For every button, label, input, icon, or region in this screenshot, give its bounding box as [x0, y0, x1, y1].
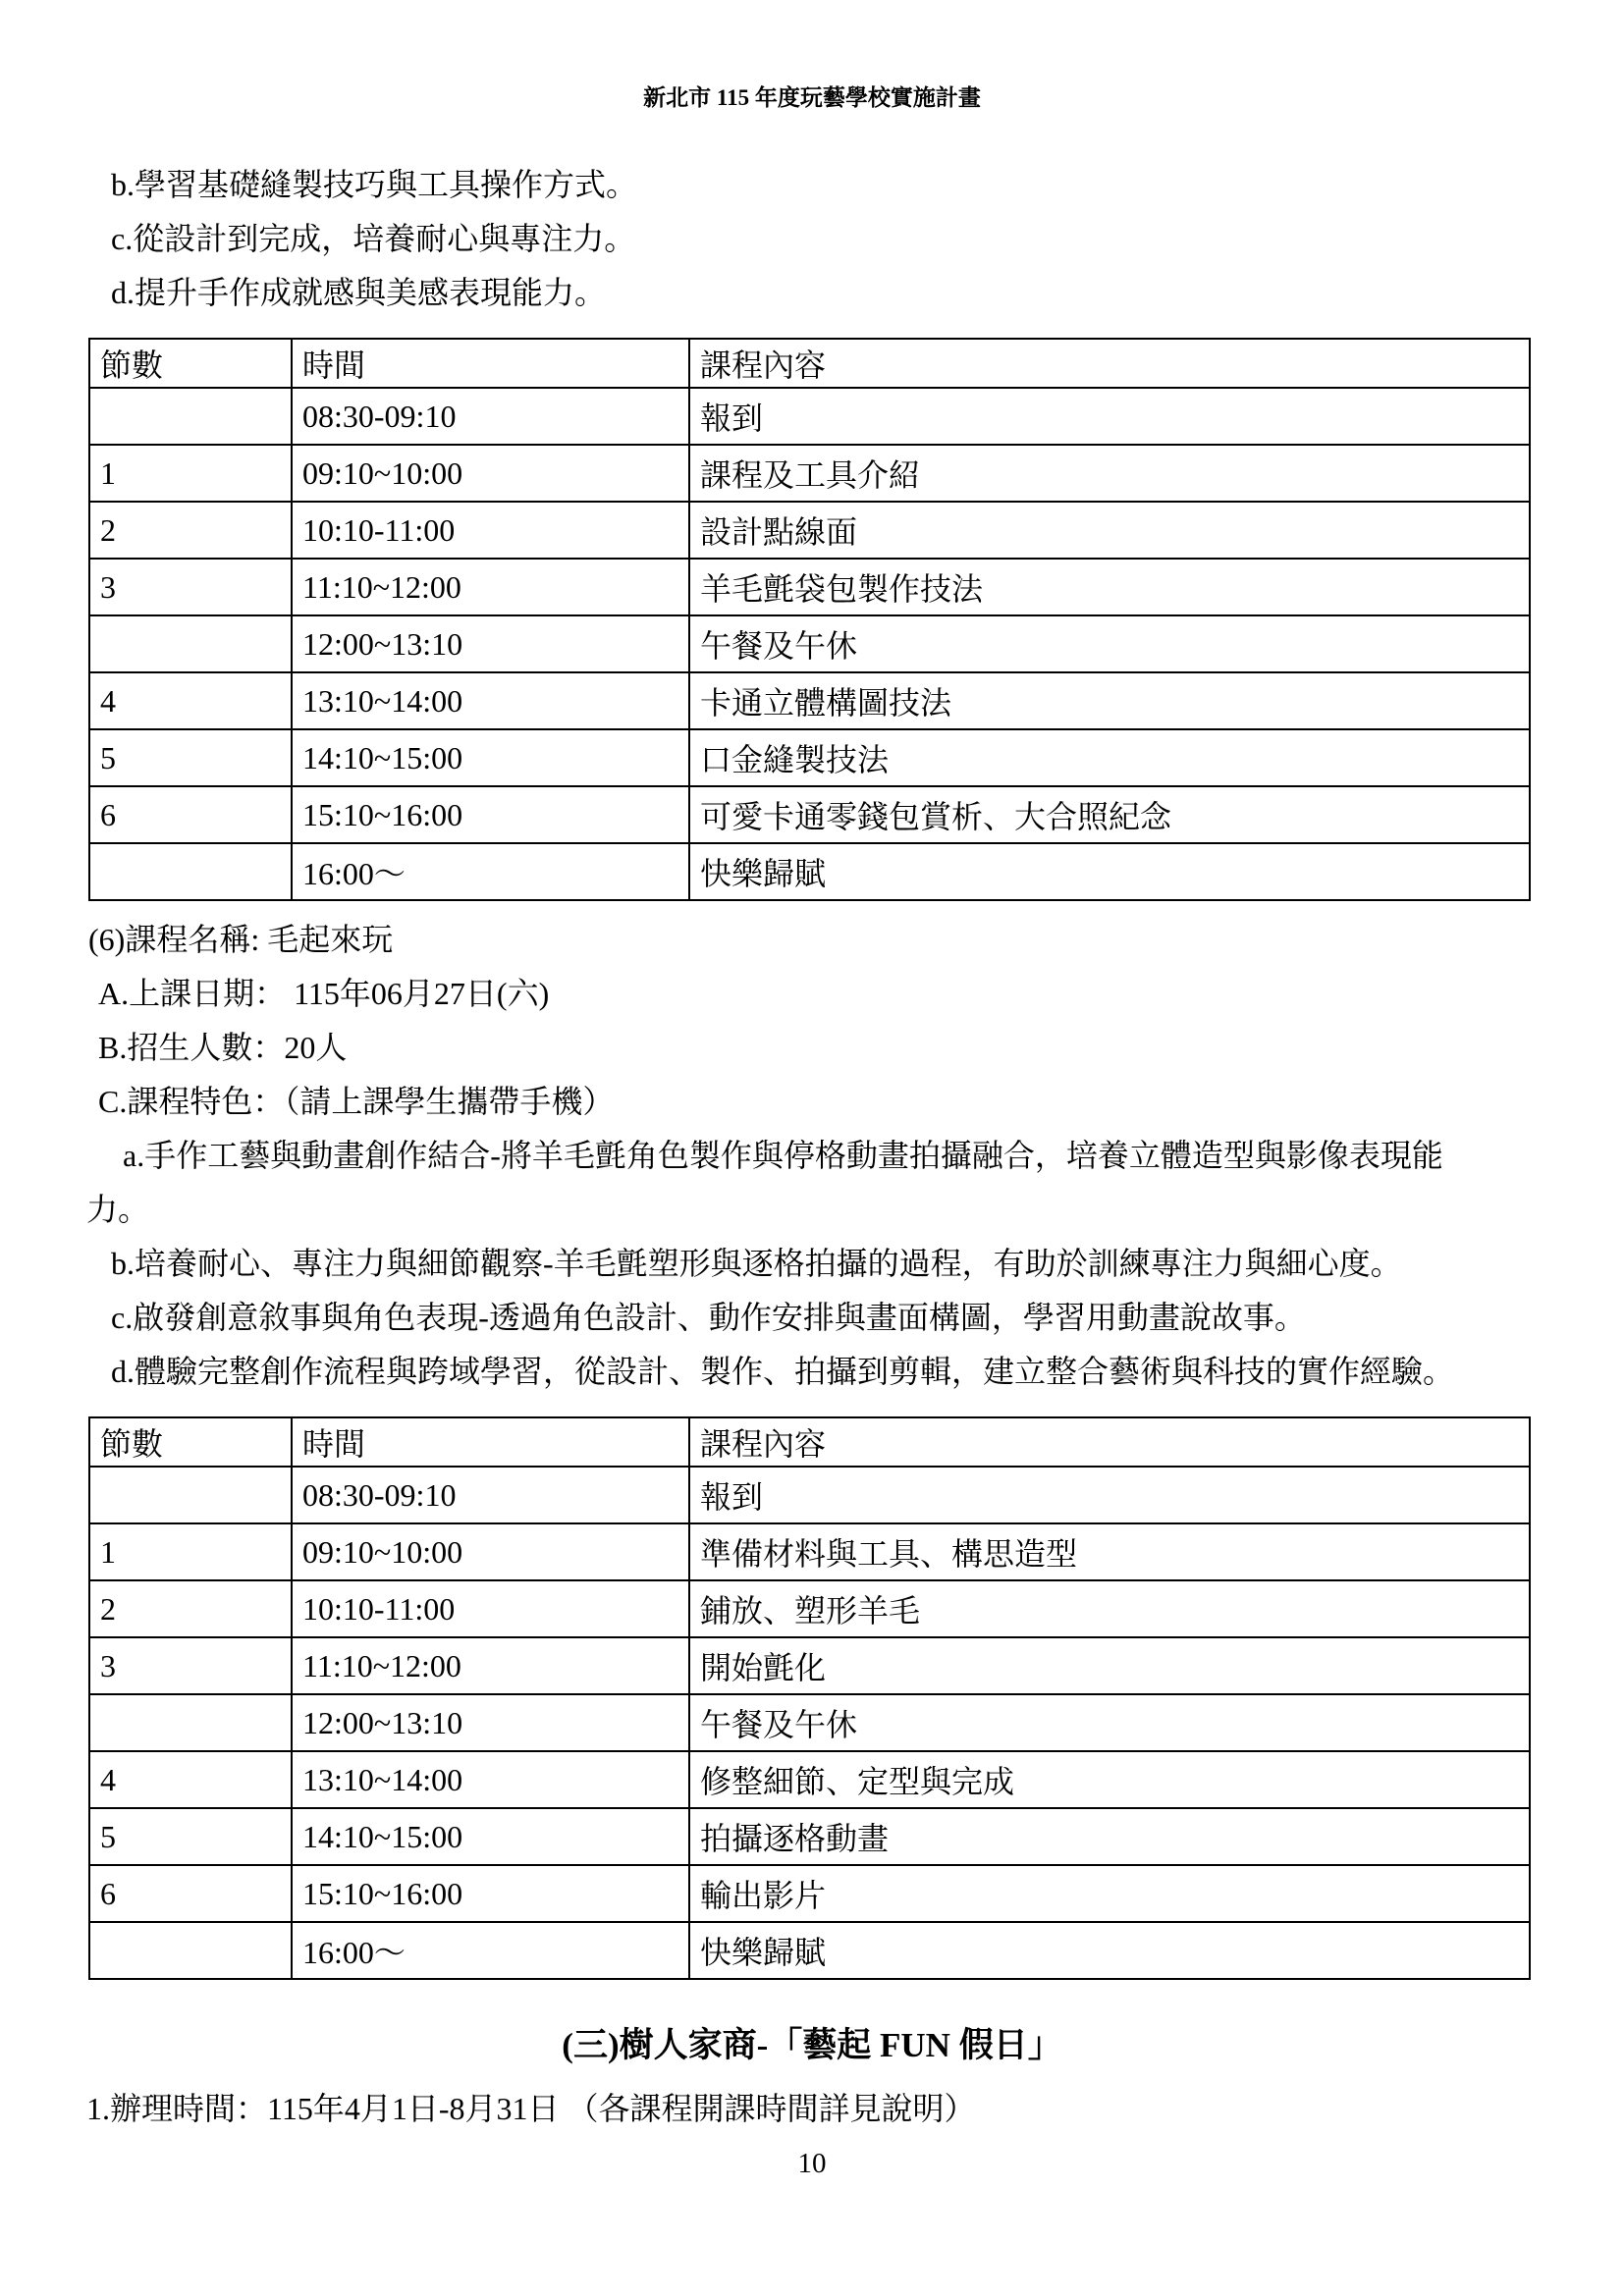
column-header: 節數 — [89, 1417, 292, 1467]
table-row: 12:00~13:10午餐及午休 — [89, 1694, 1530, 1751]
intro-point-c: c.從設計到完成，培養耐心與專注力。 — [86, 212, 1538, 266]
table-cell: 口金縫製技法 — [689, 729, 1530, 786]
document-header-title: 新北市 115 年度玩藝學校實施計畫 — [0, 0, 1624, 113]
table-cell: 修整細節、定型與完成 — [689, 1751, 1530, 1808]
table-cell: 準備材料與工具、構思造型 — [689, 1523, 1530, 1580]
column-header: 時間 — [292, 1417, 689, 1467]
course-feature-d: d.體驗完整創作流程與跨域學習，從設計、製作、拍攝到剪輯，建立整合藝術與科技的實… — [86, 1345, 1538, 1399]
table-row: 16:00～快樂歸賦 — [89, 1922, 1530, 1979]
course-feature-a-continuation: 力。 — [86, 1183, 1538, 1237]
table-cell: 快樂歸賦 — [689, 1922, 1530, 1979]
table-row: 413:10~14:00卡通立體構圖技法 — [89, 672, 1530, 729]
table-cell: 4 — [89, 672, 292, 729]
intro-point-d: d.提升手作成就感與美感表現能力。 — [86, 266, 1538, 320]
table-cell: 1 — [89, 445, 292, 502]
table-cell: 4 — [89, 1751, 292, 1808]
table-cell: 11:10~12:00 — [292, 559, 689, 615]
table-cell: 5 — [89, 729, 292, 786]
table-cell: 報到 — [689, 388, 1530, 445]
table-cell: 08:30-09:10 — [292, 1467, 689, 1523]
section-heading: (三)樹人家商-「藝起 FUN 假日」 — [0, 2021, 1624, 2070]
table-cell: 16:00～ — [292, 843, 689, 900]
table-row: 615:10~16:00輸出影片 — [89, 1865, 1530, 1922]
table-cell: 鋪放、塑形羊毛 — [689, 1580, 1530, 1637]
intro-points: b.學習基礎縫製技巧與工具操作方式。 c.從設計到完成，培養耐心與專注力。 d.… — [86, 158, 1538, 320]
table-cell: 14:10~15:00 — [292, 729, 689, 786]
table-cell: 設計點線面 — [689, 502, 1530, 559]
table-cell: 羊毛氈袋包製作技法 — [689, 559, 1530, 615]
table-cell — [89, 615, 292, 672]
table-cell: 可愛卡通零錢包賞析、大合照紀念 — [689, 786, 1530, 843]
column-header: 課程內容 — [689, 339, 1530, 388]
table-header-row: 節數時間課程內容 — [89, 339, 1530, 388]
table-row: 413:10~14:00修整細節、定型與完成 — [89, 1751, 1530, 1808]
table-cell: 5 — [89, 1808, 292, 1865]
table-row: 08:30-09:10報到 — [89, 388, 1530, 445]
table-cell: 2 — [89, 502, 292, 559]
table-row: 08:30-09:10報到 — [89, 1467, 1530, 1523]
table-cell: 10:10-11:00 — [292, 1580, 689, 1637]
document-page: 新北市 115 年度玩藝學校實施計畫 b.學習基礎縫製技巧與工具操作方式。 c.… — [0, 0, 1624, 2296]
table-cell: 16:00～ — [292, 1922, 689, 1979]
table-row: 12:00~13:10午餐及午休 — [89, 615, 1530, 672]
table-cell: 6 — [89, 786, 292, 843]
table-header-row: 節數時間課程內容 — [89, 1417, 1530, 1467]
course-feature-b: b.培養耐心、專注力與細節觀察-羊毛氈塑形與逐格拍攝的過程，有助於訓練專注力與細… — [86, 1237, 1538, 1291]
column-header: 節數 — [89, 339, 292, 388]
table-cell — [89, 1922, 292, 1979]
table-cell: 14:10~15:00 — [292, 1808, 689, 1865]
table-cell: 卡通立體構圖技法 — [689, 672, 1530, 729]
table-cell: 2 — [89, 1580, 292, 1637]
table-row: 109:10~10:00準備材料與工具、構思造型 — [89, 1523, 1530, 1580]
course-schedule-table-1: 節數時間課程內容08:30-09:10報到109:10~10:00課程及工具介紹… — [88, 338, 1531, 901]
table-row: 210:10-11:00鋪放、塑形羊毛 — [89, 1580, 1530, 1637]
column-header: 課程內容 — [689, 1417, 1530, 1467]
table-cell: 15:10~16:00 — [292, 1865, 689, 1922]
table-cell — [89, 1694, 292, 1751]
table-cell — [89, 388, 292, 445]
course-schedule-table-2: 節數時間課程內容08:30-09:10報到109:10~10:00準備材料與工具… — [88, 1416, 1531, 1980]
table-cell — [89, 843, 292, 900]
table-cell — [89, 1467, 292, 1523]
table-cell: 報到 — [689, 1467, 1530, 1523]
table-cell: 12:00~13:10 — [292, 615, 689, 672]
table-cell: 開始氈化 — [689, 1637, 1530, 1694]
table-cell: 08:30-09:10 — [292, 388, 689, 445]
table-cell: 午餐及午休 — [689, 615, 1530, 672]
table-row: 311:10~12:00開始氈化 — [89, 1637, 1530, 1694]
table-cell: 11:10~12:00 — [292, 1637, 689, 1694]
schedule-note: 1.辦理時間：115年4月1日-8月31日 （各課程開課時間詳見說明） — [86, 2082, 1538, 2136]
table-cell: 輸出影片 — [689, 1865, 1530, 1922]
course-feature-c: c.啟發創意敘事與角色表現-透過角色設計、動作安排與畫面構圖，學習用動畫說故事。 — [86, 1291, 1538, 1345]
table-cell: 12:00~13:10 — [292, 1694, 689, 1751]
course-date-item: A.上課日期： 115年06月27日(六) — [86, 967, 1538, 1021]
course-section: (6)課程名稱: 毛起來玩 A.上課日期： 115年06月27日(六) B.招生… — [86, 913, 1538, 1399]
table-cell: 1 — [89, 1523, 292, 1580]
course-name-heading: (6)課程名稱: 毛起來玩 — [86, 913, 1538, 967]
table-row: 514:10~15:00口金縫製技法 — [89, 729, 1530, 786]
table-row: 210:10-11:00設計點線面 — [89, 502, 1530, 559]
table-row: 109:10~10:00課程及工具介紹 — [89, 445, 1530, 502]
page-number: 10 — [0, 2148, 1624, 2180]
table-cell: 09:10~10:00 — [292, 445, 689, 502]
course-feature-label: C.課程特色：（請上課學生攜帶手機） — [86, 1075, 1538, 1129]
table-cell: 10:10-11:00 — [292, 502, 689, 559]
table-cell: 13:10~14:00 — [292, 672, 689, 729]
table-cell: 15:10~16:00 — [292, 786, 689, 843]
table-row: 311:10~12:00羊毛氈袋包製作技法 — [89, 559, 1530, 615]
course-feature-a: a.手作工藝與動畫創作結合-將羊毛氈角色製作與停格動畫拍攝融合，培養立體造型與影… — [86, 1129, 1538, 1183]
table-cell: 13:10~14:00 — [292, 1751, 689, 1808]
table-cell: 3 — [89, 1637, 292, 1694]
table-cell: 6 — [89, 1865, 292, 1922]
table-row: 514:10~15:00拍攝逐格動畫 — [89, 1808, 1530, 1865]
table-cell: 快樂歸賦 — [689, 843, 1530, 900]
intro-point-b: b.學習基礎縫製技巧與工具操作方式。 — [86, 158, 1538, 212]
table-cell: 09:10~10:00 — [292, 1523, 689, 1580]
course-enrollment-item: B.招生人數：20人 — [86, 1021, 1538, 1075]
column-header: 時間 — [292, 339, 689, 388]
table-cell: 午餐及午休 — [689, 1694, 1530, 1751]
table-row: 16:00～快樂歸賦 — [89, 843, 1530, 900]
table-cell: 拍攝逐格動畫 — [689, 1808, 1530, 1865]
table-cell: 課程及工具介紹 — [689, 445, 1530, 502]
table-cell: 3 — [89, 559, 292, 615]
table-row: 615:10~16:00可愛卡通零錢包賞析、大合照紀念 — [89, 786, 1530, 843]
